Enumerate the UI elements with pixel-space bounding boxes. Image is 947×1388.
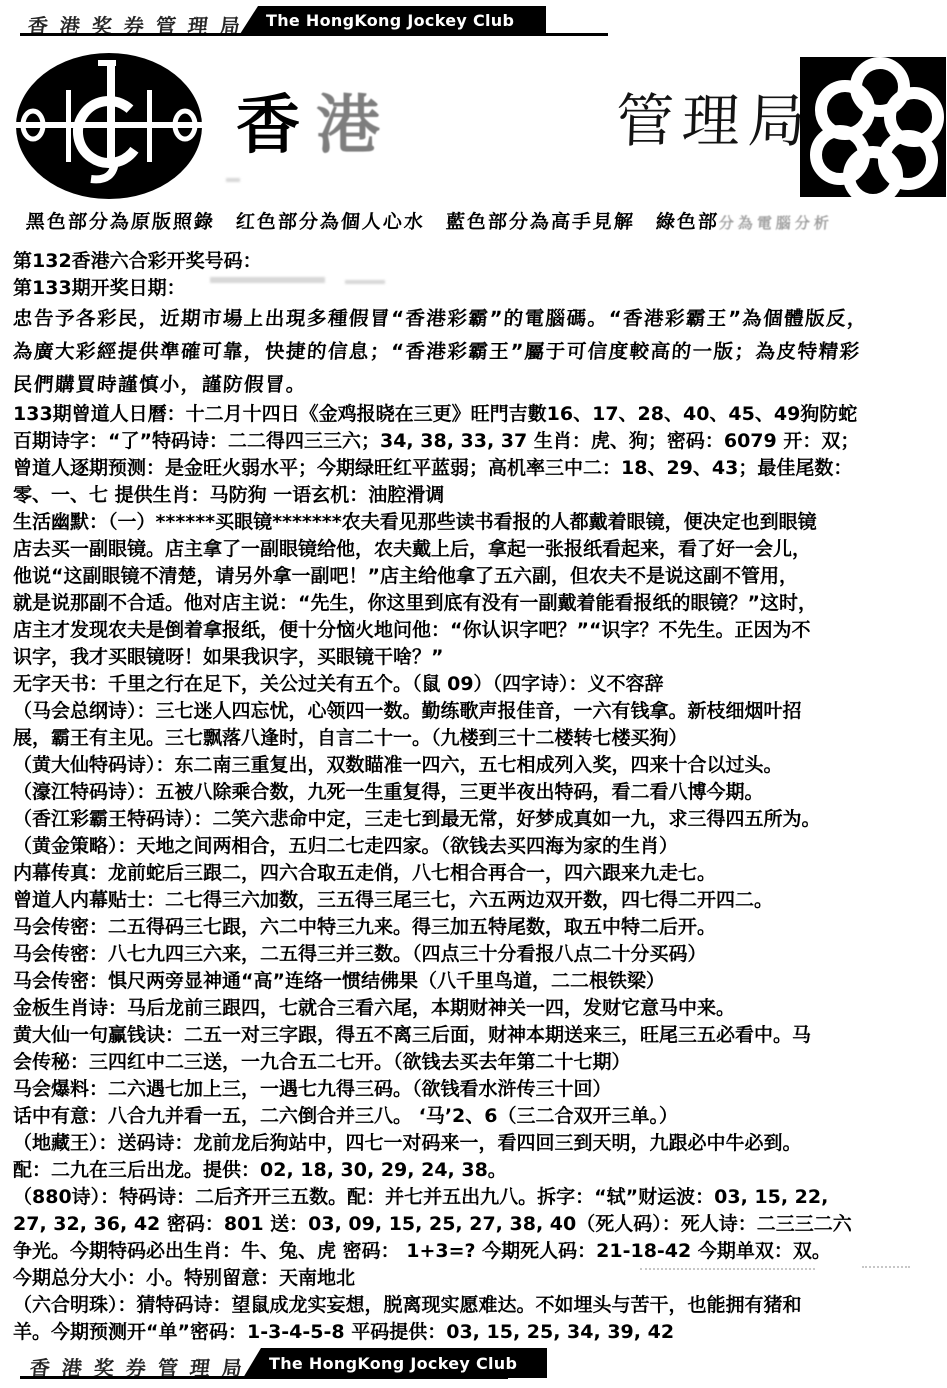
scanned-lottery-sheet: 香港奖券管理局 The HongKong Jockey Club 香港 管理局 … xyxy=(0,0,947,1388)
text-line: 黄大仙一句赢钱诀：二五一对三字跟，得五不离三后面，财神本期送来三，旺尾三五必看中… xyxy=(13,1022,939,1049)
scan-smudge xyxy=(345,280,385,284)
hk-char-2: 港 xyxy=(316,89,396,163)
text-line: 就是说那副不合适。他对店主说：“先生，你这里到底有没有一副戴着能看报纸的眼镜？”… xyxy=(13,590,939,617)
text-line: 他说“这副眼镜不清楚，请另外拿一副吧！”店主给他拿了五六副，但农夫不是说这副不管… xyxy=(13,563,939,590)
text-line: （黄大仙特码诗）：东二南三重复出，双数瞄准一四六，五七相成列入奖，四来十合以过头… xyxy=(13,752,939,779)
text-line: 生活幽默：（一）******买眼镜*******农夫看见那些读书看报的人都戴着眼… xyxy=(13,509,939,536)
text-line: 马会传密：惧尺两旁显神通“高”连络一惯结佛果（八千里鸟道，二二根铁梁） xyxy=(13,968,939,995)
text-line: 金板生肖诗：马后龙前三跟四，七就合三看六尾，本期财神关一四，发财它意马中来。 xyxy=(13,995,939,1022)
text-line: 第133期开奖日期： xyxy=(13,275,939,302)
text-line: 曾道人内幕贴士：二七得三六加数，三五得三尾三七，六五两边双开数，四七得二开四二。 xyxy=(13,887,939,914)
header-brand-bar: 香港奖券管理局 The HongKong Jockey Club xyxy=(0,6,947,42)
text-line: 马会传密：二五得码三七跟，六二中特三九来。得三加五特尾数，取五中特二后开。 xyxy=(13,914,939,941)
footer-brand-bar: 香港奖券管理局 The HongKong Jockey Club xyxy=(0,1346,947,1382)
text-line: 无字天书：千里之行在足下，关公过关有五个。（鼠 09）（四字诗）：义不容辞 xyxy=(13,671,939,698)
body-text: 第132香港六合彩开奖号码：第133期开奖日期：忠告予各彩民，近期市場上出現多種… xyxy=(13,248,939,1346)
text-line: （地藏王）：送码诗：龙前龙后狗站中，四七一对码来一，看四回三到天明，九跟必中牛必… xyxy=(13,1130,939,1157)
text-line: 店去买一副眼镜。店主拿了一副眼镜给他，农夫戴上后，拿起一张报纸看起来，看了好一会… xyxy=(13,536,939,563)
scan-dots xyxy=(640,1268,815,1270)
hkjc-monogram-logo xyxy=(14,52,204,200)
header-club-name: The HongKong Jockey Club xyxy=(266,11,514,30)
text-line: （六合明珠）：猜特码诗：望鼠成龙实妄想，脱离现实愿难达。不如埋头与苦干，也能拥有… xyxy=(13,1292,939,1319)
footer-rule xyxy=(20,1376,508,1379)
footer-club-name: The HongKong Jockey Club xyxy=(269,1354,517,1373)
text-line: 零、一、七 提供生肖：马防狗 一语玄机：油腔滑调 xyxy=(13,482,939,509)
text-line: 配：二九在三后出龙。提供：02, 18, 30, 29, 24, 38。 xyxy=(13,1157,939,1184)
text-line: 忠告予各彩民，近期市場上出現多種假冒“香港彩霸”的電腦碼。“香港彩霸王”為個體版… xyxy=(12,302,940,335)
text-line: （香江彩霸王特码诗）：二笑六悲命中定，三走七到最无常，好梦成真如一九，求三得四五… xyxy=(13,806,939,833)
text-line: 百期诗字：“了”特码诗：二二得四三三六；34, 38, 33, 37 生肖：虎、… xyxy=(13,428,939,455)
text-line: 争光。今期特码必出生肖：牛、兔、虎 密码： 1+3=? 今期死人码：21-18-… xyxy=(13,1238,939,1265)
text-line: 羊。今期预测开“单”密码：1-3-4-5-8 平码提供：03, 15, 25, … xyxy=(13,1319,939,1346)
color-legend-text: 黑色部分為原版照錄 红色部分為個人心水 藍色部分為高手見解 綠色部 xyxy=(25,211,720,233)
text-line: （黄金策略）：天地之间两相合，五归二七走四家。（欲钱去买四海为家的生肖） xyxy=(13,833,939,860)
masthead-hk-label: 香港 xyxy=(236,74,396,166)
text-line: 27, 32, 36, 42 密码：801 送：03, 09, 15, 25, … xyxy=(13,1211,939,1238)
color-legend-faded-tail: 分為電腦分析 xyxy=(718,214,833,232)
footer-club-flag: The HongKong Jockey Club xyxy=(243,1348,547,1378)
scan-dots xyxy=(862,1266,910,1268)
header-club-flag: The HongKong Jockey Club xyxy=(240,6,546,34)
text-line: 话中有意：八合九并看一五，二六倒合并三八。 ‘马’2、6（三二合双开三单。） xyxy=(13,1103,939,1130)
text-line: （濠江特码诗）：五被八除乘合数，九死一生重复得，三更半夜出特码，看二看八博今期。 xyxy=(13,779,939,806)
scan-smudge xyxy=(210,277,325,283)
text-line: 马会传密：八七九四三六来，二五得三并三数。（四点三十分看报八点二十分买码） xyxy=(13,941,939,968)
text-line: 133期曾道人日曆：十二月十四日《金鸡报晓在三更》旺門吉數16、17、28、40… xyxy=(13,401,939,428)
text-line: 会传秘：三四红中二三送，一九合五二七开。（欲钱去买去年第二十七期） xyxy=(13,1049,939,1076)
text-line: （马会总纲诗）：三七迷人四忘忧，心领四一数。勤练歌声报佳音，一六有钱拿。新枝细烟… xyxy=(13,698,939,725)
scan-smudge xyxy=(226,178,240,182)
text-line: 第132香港六合彩开奖号码： xyxy=(13,248,939,275)
text-line: 展，霸王有主见。三七飘落八逢时，自言二十一。（九楼到三十二楼转七楼买狗） xyxy=(13,725,939,752)
rings-flower-logo xyxy=(800,57,946,197)
hk-char-1: 香 xyxy=(236,89,316,163)
text-line: 马会爆料：二六遇七加上三，一遇七九得三码。（欲钱看水浒传三十回） xyxy=(13,1076,939,1103)
masthead-bureau-label: 管理局 xyxy=(615,74,816,158)
text-line: （880诗）：特码诗：二后齐开三五数。配：并七并五出九八。拆字：“轼”财运波：0… xyxy=(13,1184,939,1211)
color-legend: 黑色部分為原版照錄 红色部分為個人心水 藍色部分為高手見解 綠色部分為電腦分析 xyxy=(25,207,947,234)
header-rule xyxy=(20,33,608,36)
text-line: 店主才发现农夫是倒着拿报纸，便十分恼火地问他：“你认识字吧？”“识字？不先生。正… xyxy=(13,617,939,644)
text-line: 曾道人逐期预测：是金旺火弱水平；今期绿旺红平蓝弱；高机率三中二：18、29、43… xyxy=(13,455,939,482)
text-line: 民們購買時謹慎小，謹防假冒。 xyxy=(12,368,940,401)
text-line: 為廣大彩經提供準確可靠，快捷的信息；“香港彩霸王”屬于可信度較高的一版；為皮特精… xyxy=(12,335,940,368)
text-line: 内幕传真：龙前蛇后三跟二，四六合取五走俏，八七相合再合一，四六跟来九走七。 xyxy=(13,860,939,887)
text-line: 识字，我才买眼镜呀！如果我识字，买眼镜干啥？” xyxy=(13,644,939,671)
